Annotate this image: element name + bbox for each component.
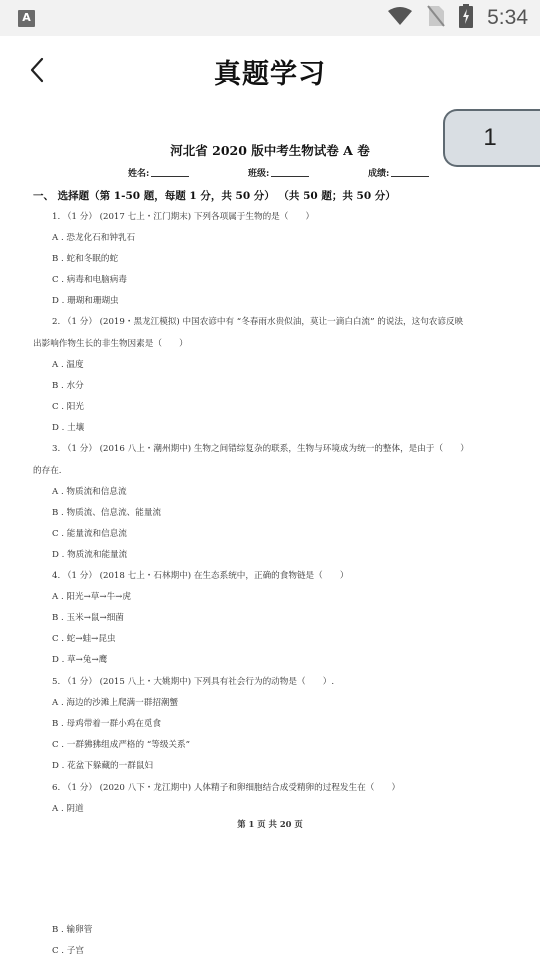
question-option: B . 蛇和冬眠的蛇: [52, 252, 118, 264]
page-footer: 第 1 页 共 20 页: [0, 818, 540, 830]
wifi-icon: [387, 6, 413, 30]
question-option: D . 珊瑚和珊瑚虫: [52, 294, 119, 306]
section-heading: 一、 选择题（第 1-50 题，每题 1 分，共 50 分） （共 50 题；共…: [33, 188, 396, 203]
question-option: A . 温度: [52, 358, 84, 370]
name-field: 姓名:: [128, 166, 189, 179]
question-option: A . 物质流和信息流: [52, 485, 127, 497]
question-stem-continued: 的存在.: [33, 464, 62, 476]
question-option: C . 病毒和电脑病毒: [52, 273, 127, 285]
score-blank: [391, 176, 429, 177]
status-icons: 5:34: [387, 0, 528, 36]
question-option: B . 水分: [52, 379, 84, 391]
class-field: 班级:: [248, 166, 309, 179]
question-stem: 5. （1 分） (2015 八上・大姚期中) 下列具有社会行为的动物是（ ）.: [52, 675, 334, 687]
question-option: B . 物质流、信息流、能量流: [52, 506, 161, 518]
question-option: C . 能量流和信息流: [52, 527, 127, 539]
question-option: A . 恐龙化石和钟乳石: [52, 231, 135, 243]
class-blank: [271, 176, 309, 177]
question-option: A . 海边的沙滩上爬满一群招潮蟹: [52, 696, 178, 708]
question-stem: 1. （1 分） (2017 七上・江门期末) 下列各项属于生物的是（ ）: [52, 210, 314, 222]
question-stem-continued: 出影响作物生长的非生物因素是（ ）: [33, 337, 188, 349]
question-stem: 6. （1 分） (2020 八下・龙江期中) 人体精子和卵细胞结合成受精卵的过…: [52, 781, 400, 793]
score-field: 成绩:: [368, 166, 429, 179]
question-stem: 3. （1 分） (2016 八上・潮州期中) 生物之间错综复杂的联系，生物与环…: [52, 442, 469, 454]
question-option: C . 阳光: [52, 400, 84, 412]
question-option: D . 草→兔→鹰: [52, 653, 107, 665]
question-option: D . 花盆下躲藏的一群鼠妇: [52, 759, 153, 771]
question-stem: 4. （1 分） (2018 七上・石林期中) 在生态系统中，正确的食物链是（ …: [52, 569, 349, 581]
question-option: C . 蛇→蛙→昆虫: [52, 632, 116, 644]
app-bar: 真题学习: [0, 36, 540, 108]
question-option: C . 一群狒狒组成严格的 “等级关系”: [52, 738, 190, 750]
page-title: 真题学习: [0, 52, 540, 91]
app-notification-icon: A: [18, 10, 35, 27]
question-option: D . 物质流和能量流: [52, 548, 127, 560]
question-option: A . 阴道: [52, 802, 84, 814]
name-label: 姓名:: [128, 169, 149, 179]
no-sim-icon: [427, 5, 445, 31]
document-viewer[interactable]: 河北省 2020 版中考生物试卷 A 卷 姓名: 班级: 成绩: 一、 选择题（…: [0, 108, 540, 960]
status-bar: A 5:34: [0, 0, 540, 36]
question-option: B . 玉米→鼠→细菌: [52, 611, 124, 623]
question-option: A . 阳光→草→牛→虎: [52, 590, 131, 602]
question-option: B . 母鸡带着一群小鸡在觅食: [52, 717, 161, 729]
question-stem: 2. （1 分） (2019・黑龙江模拟) 中国农谚中有 “冬春雨水贵似油，莫让…: [52, 315, 463, 327]
question-option: C . 子宫: [52, 944, 84, 956]
question-option: D . 土壤: [52, 421, 84, 433]
clock: 5:34: [487, 6, 528, 30]
page-number-badge[interactable]: 1: [443, 109, 540, 167]
name-blank: [151, 176, 189, 177]
score-label: 成绩:: [368, 169, 389, 179]
class-label: 班级:: [248, 169, 269, 179]
question-option: B . 输卵管: [52, 923, 92, 935]
battery-charging-icon: [459, 4, 473, 32]
